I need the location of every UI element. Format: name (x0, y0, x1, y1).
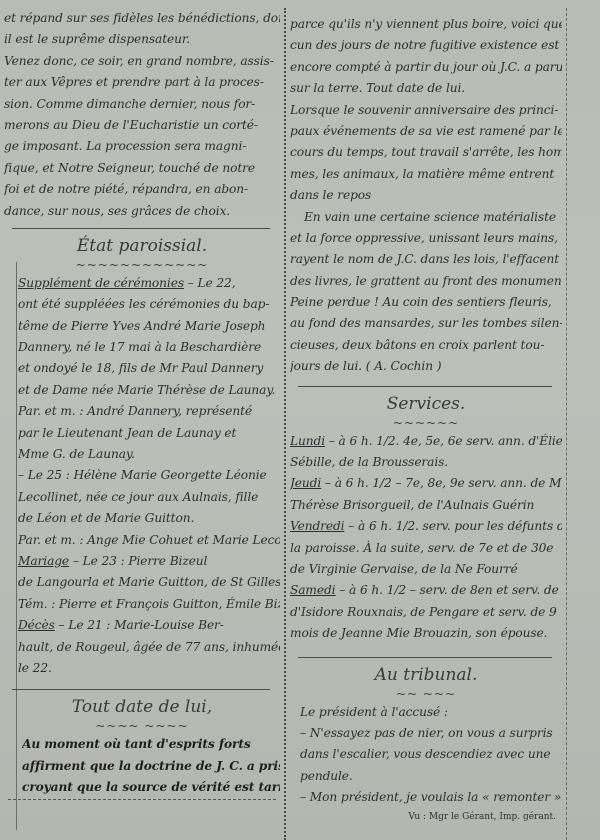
text-line: mes, les animaux, la matière même entren… (290, 164, 562, 185)
text-line: – à 6 h. 1/2. 4e, 5e, 6e serv. ann. d'Él… (325, 434, 562, 448)
text-line: au fond des mansardes, sur les tombes si… (290, 313, 562, 334)
title-flourish: ~~ ~~~ (290, 690, 562, 702)
au-tribunal-section: Le président à l'accusé : – N'essayez pa… (290, 702, 562, 809)
text-line: croyant que la source de vérité est tari… (22, 777, 280, 798)
text-line: cours du temps, tout travail s'arrête, l… (290, 142, 562, 163)
text-line: Mme G. de Launay. (18, 444, 280, 465)
text-line: fique, et Notre Seigneur, touché de notr… (4, 158, 280, 179)
text-line: Le président à l'accusé : (300, 702, 562, 723)
section-divider (298, 386, 552, 387)
text-line: cun des jours de notre fugitive existenc… (290, 35, 562, 56)
title-flourish: ~~~~~~~~~~~~ (4, 261, 280, 273)
services-title: Services. (290, 389, 562, 419)
text-line: En vain une certaine science matérialist… (290, 207, 562, 228)
text-line: Par. et m. : Ange Mie Cohuet et Marie Le… (18, 530, 280, 551)
text-line: tême de Pierre Yves André Marie Joseph (18, 316, 280, 337)
text-line: de Virginie Gervaise, de la Ne Fourré (290, 562, 518, 576)
text-line: par le Lieutenant Jean de Launay et (18, 423, 280, 444)
text-line: – Le 25 : Hélène Marie Georgette Léonie (18, 465, 280, 486)
text-line: Lorsque le souvenir anniversaire des pri… (290, 100, 562, 121)
services-section: Lundi – à 6 h. 1/2. 4e, 5e, 6e serv. ann… (290, 431, 562, 645)
text-line: ter aux Vêpres et prendre part à la proc… (4, 72, 280, 93)
deces-heading: Décès (18, 618, 55, 632)
service-day: Lundi (290, 434, 325, 448)
bulletin-page: et répand sur ses fidèles les bénédictio… (0, 0, 600, 840)
au-tribunal-title: Au tribunal. (290, 660, 562, 690)
text-line: le 22. (18, 658, 280, 679)
text-line: – Le 23 : Pierre Bizeul (69, 554, 207, 568)
text-line: il est le suprême dispensateur. (4, 29, 280, 50)
text-line: parce qu'ils n'y viennent plus boire, vo… (290, 14, 562, 35)
text-line: ont été suppléées les cérémonies du bap- (18, 294, 280, 315)
text-line: cieuses, deux bâtons en croix parlent to… (290, 335, 562, 356)
left-column: et répand sur ses fidèles les bénédictio… (4, 0, 280, 840)
section-divider (298, 657, 552, 658)
text-line: merons au Dieu de l'Eucharistie un corté… (4, 115, 280, 136)
text-line: des livres, le grattent au front des mon… (290, 271, 562, 292)
text-line: paux événements de sa vie est ramené par… (290, 121, 562, 142)
title-flourish: ~~~~ ~~~~ (4, 722, 280, 734)
text-line: et répand sur ses fidèles les bénédictio… (4, 8, 280, 29)
text-line: dans l'escalier, vous descendiez avec un… (300, 744, 562, 765)
text-line: foi et de notre piété, répandra, en abon… (4, 179, 280, 200)
text-line: Peine perdue ! Au coin des sentiers fleu… (290, 292, 562, 313)
text-line: mois de Jeanne Mie Brouazin, son épouse. (290, 626, 547, 640)
text-line: de Langourla et Marie Guitton, de St Gil… (18, 572, 280, 593)
mariage-heading: Mariage (18, 554, 69, 568)
service-day: Vendredi (290, 519, 344, 533)
text-line: – à 6 h. 1/2. serv. pour les défunts de (344, 519, 562, 533)
text-line: dans le repos (290, 185, 562, 206)
section-divider (12, 689, 270, 690)
text-line: Lecollinet, née ce jour aux Aulnais, fil… (18, 487, 280, 508)
text-line: pendule. (300, 766, 562, 787)
title-flourish: ~~~~~~ (290, 419, 562, 431)
etat-paroissial-section: Supplément de cérémonies – Le 22, ont ét… (4, 273, 280, 679)
text-line: Thérèse Brisorgueil, de l'Aulnais Guérin (290, 498, 534, 512)
footer-signature: Vu : Mgr le Gérant, Imp. gérant. (290, 809, 562, 825)
text-line: – N'essayez pas de nier, on vous a surpr… (300, 723, 562, 744)
text-line: ge imposant. La procession sera magni- (4, 136, 280, 157)
text-line: dance, sur nous, ses grâces de choix. (4, 201, 280, 222)
procession-paragraph: et répand sur ses fidèles les bénédictio… (4, 8, 280, 222)
tout-date-de-lui-title: Tout date de lui, (4, 692, 280, 722)
text-line: – Le 22, (184, 276, 236, 290)
text-line: – Mon président, je voulais la « remonte… (300, 787, 562, 808)
text-line: sur la terre. Tout date de lui. (290, 78, 562, 99)
text-line: Au moment où tant d'esprits forts (22, 734, 280, 755)
text-line: d'Isidore Rouxnais, de Pengare et serv. … (290, 605, 557, 619)
text-line: encore compté à partir du jour où J.C. a… (290, 57, 562, 78)
text-line: la paroisse. À la suite, serv. de 7e et … (290, 541, 553, 555)
text-line: de Léon et de Marie Guitton. (18, 508, 280, 529)
section-divider (12, 228, 270, 229)
text-line: Par. et m. : André Dannery, représenté (18, 401, 280, 422)
text-line: hault, de Rougeul, âgée de 77 ans, inhum… (18, 637, 280, 658)
service-day: Samedi (290, 583, 335, 597)
tout-date-de-lui-section: Au moment où tant d'esprits forts affirm… (4, 734, 280, 798)
text-line: – à 6 h. 1/2 – serv. de 8en et serv. de … (335, 583, 562, 597)
text-line: Dannery, né le 17 mai à la Beschardière (18, 337, 280, 358)
text-line: affirment que la doctrine de J. C. a pri… (22, 756, 280, 777)
right-column: parce qu'ils n'y viennent plus boire, vo… (290, 0, 562, 840)
text-line: jours de lui. ( A. Cochin ) (290, 356, 562, 377)
service-day: Jeudi (290, 476, 321, 490)
supplement-heading: Supplément de cérémonies (18, 276, 184, 290)
tout-date-continued-paragraph: parce qu'ils n'y viennent plus boire, vo… (290, 14, 562, 378)
text-line: et de Dame née Marie Thérèse de Launay. (18, 380, 280, 401)
text-line: et ondoyé le 18, fils de Mr Paul Dannery (18, 358, 280, 379)
text-line: Sébille, de la Brousserais. (290, 455, 448, 469)
text-line: rayent le nom de J.C. dans les lois, l'e… (290, 249, 562, 270)
box-bottom-border (8, 799, 276, 800)
text-line: – Le 21 : Marie-Louise Ber- (55, 618, 224, 632)
text-line: Tém. : Pierre et François Guitton, Émile… (18, 594, 280, 615)
text-line: – à 6 h. 1/2 – 7e, 8e, 9e serv. ann. de … (321, 476, 562, 490)
text-line: Venez donc, ce soir, en grand nombre, as… (4, 51, 280, 72)
text-line: sion. Comme dimanche dernier, nous for- (4, 94, 280, 115)
etat-paroissial-title: État paroissial. (4, 231, 280, 261)
text-line: et la force oppressive, unissant leurs m… (290, 228, 562, 249)
right-margin-rule (566, 8, 567, 840)
